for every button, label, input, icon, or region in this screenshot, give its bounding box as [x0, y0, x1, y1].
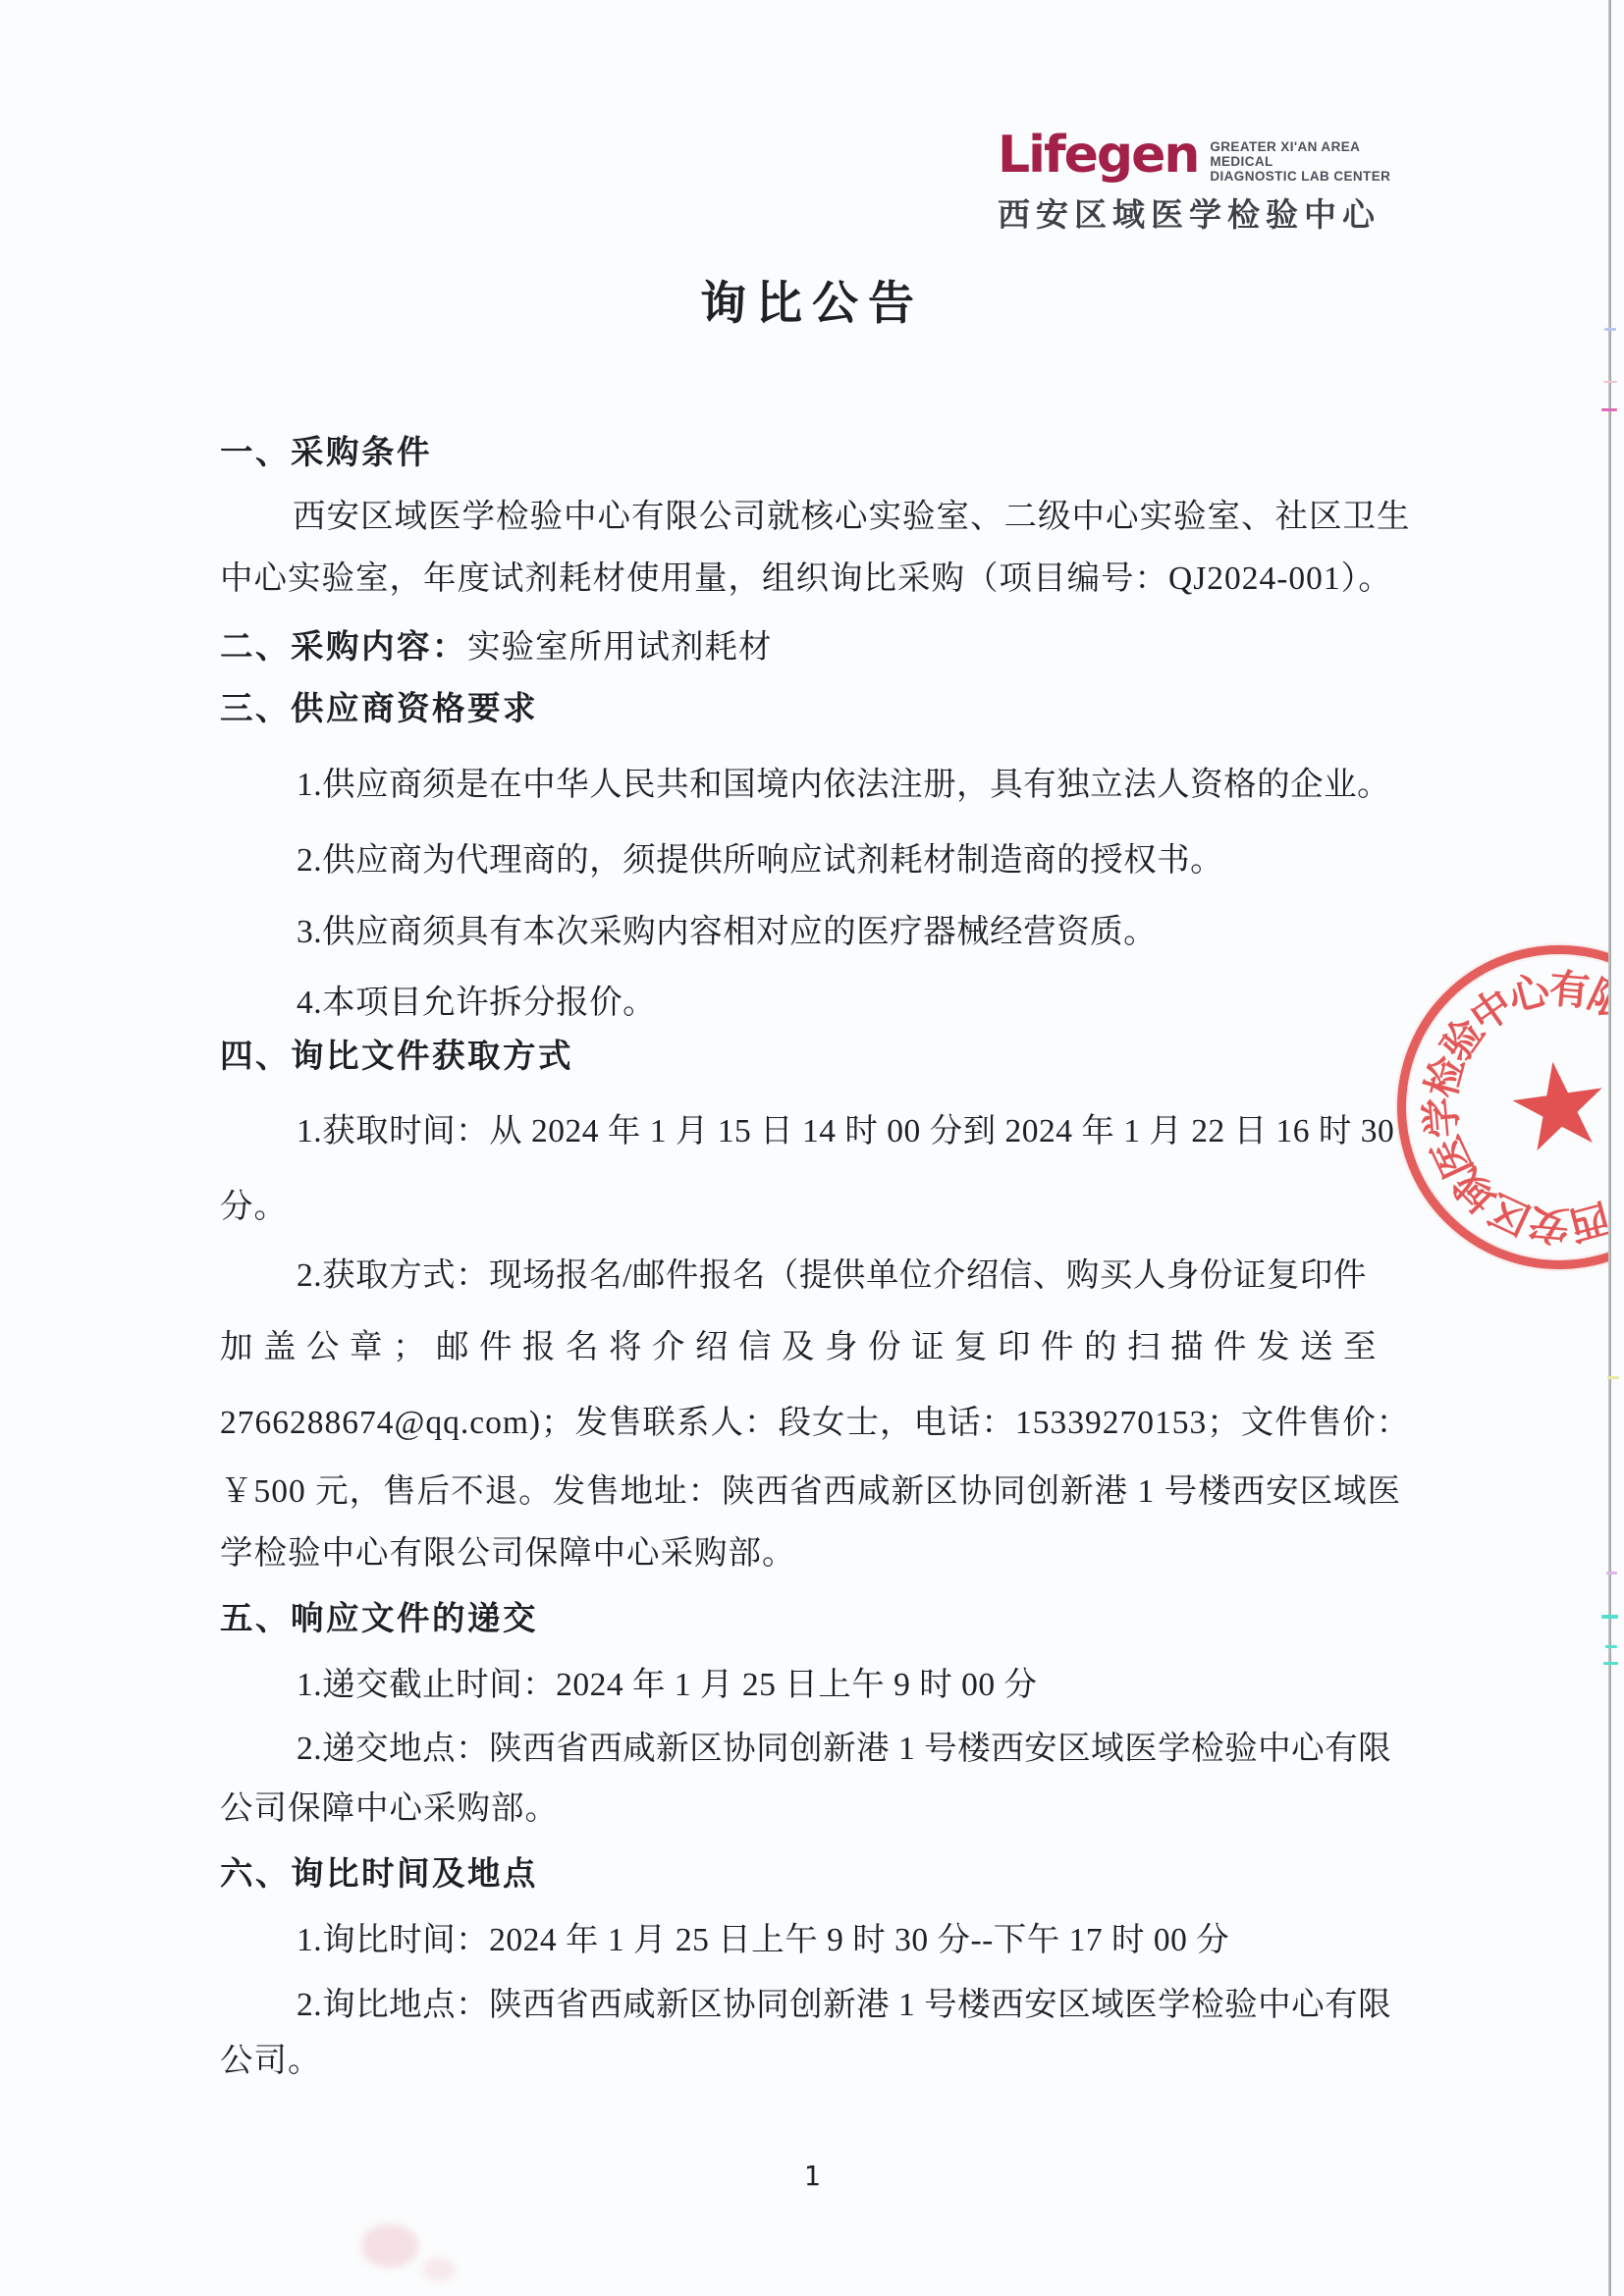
paragraph-line: 2766288674@qq.com)；发售联系人：段女士，电话：15339270… — [220, 1402, 1383, 1445]
scan-artifact — [361, 2224, 418, 2268]
paragraph-line: 西安区域医学检验中心有限公司就核心实验室、二级中心实验室、社区卫生 — [220, 496, 1456, 539]
paragraph-line: 分。 — [220, 1186, 1383, 1229]
scan-artifact — [1606, 1572, 1617, 1575]
paragraph-line: 加盖公章；邮件报名将介绍信及身份证复印件的扫描件发送至 — [220, 1326, 1383, 1369]
list-item: 1.供应商须是在中华人民共和国境内依法注册，具有独立法人资格的企业。 — [220, 764, 1460, 807]
scan-artifact — [1603, 1662, 1618, 1665]
logo-tagline-line2: DIAGNOSTIC LAB CENTER — [1210, 169, 1390, 184]
section-heading-6: 六、询比时间及地点 — [220, 1853, 1383, 1896]
paragraph-line: 公司保障中心采购部。 — [220, 1788, 1383, 1831]
section-heading-4: 四、询比文件获取方式 — [220, 1036, 1383, 1079]
section-heading-5: 五、响应文件的递交 — [220, 1598, 1383, 1641]
list-item: 1.获取时间：从 2024 年 1 月 15 日 14 时 00 分到 2024… — [220, 1110, 1460, 1153]
section-heading-1: 一、采购条件 — [220, 432, 1383, 475]
scan-artifact — [1604, 328, 1616, 331]
scan-artifact — [1601, 408, 1617, 411]
scan-artifact — [1607, 1376, 1619, 1379]
heading-label: 二、采购内容： — [220, 629, 467, 666]
page-number: 1 — [0, 2160, 1624, 2192]
company-seal: ★ 西安区域医学检验中心有限公司 — [1373, 913, 1609, 1306]
list-item: 2.供应商为代理商的，须提供所响应试剂耗材制造商的授权书。 — [220, 839, 1460, 882]
list-item: 2.询比地点：陕西省西咸新区协同创新港 1 号楼西安区域医学检验中心有限 — [220, 1984, 1460, 2027]
heading-value: 实验室所用试剂耗材 — [467, 629, 773, 666]
paragraph-line: 中心实验室，年度试剂耗材使用量，组织询比采购（项目编号：QJ2024-001）。 — [220, 558, 1383, 601]
list-item: 2.获取方式：现场报名/邮件报名（提供单位介绍信、购买人身份证复印件 — [220, 1255, 1460, 1298]
scan-artifact — [1605, 1645, 1617, 1648]
paragraph-line: 学检验中心有限公司保障中心采购部。 — [220, 1532, 1383, 1575]
logo-cn-name: 西安区域医学检验中心 — [998, 189, 1400, 236]
logo-tagline: GREATER XI'AN AREA MEDICAL DIAGNOSTIC LA… — [1210, 139, 1400, 184]
list-item: 4.本项目允许拆分报价。 — [220, 982, 1460, 1025]
list-item: 2.递交地点：陕西省西咸新区协同创新港 1 号楼西安区域医学检验中心有限 — [220, 1728, 1460, 1771]
logo-brand-wordmark: Lifegen — [998, 130, 1198, 181]
list-item: 1.递交截止时间：2024 年 1 月 25 日上午 9 时 00 分 — [220, 1664, 1460, 1707]
scan-page-edge-line — [1608, 0, 1611, 2296]
scan-artifact — [1601, 1615, 1618, 1619]
page-title: 询比公告 — [0, 267, 1624, 333]
company-logo: Lifegen GREATER XI'AN AREA MEDICAL DIAGN… — [998, 130, 1400, 236]
paragraph-line: ￥500 元，售后不退。发售地址：陕西省西咸新区协同创新港 1 号楼西安区域医 — [220, 1470, 1383, 1514]
scanned-document-page: { "page": { "number": "1" }, "logo": { "… — [0, 0, 1624, 2296]
logo-tagline-line1: GREATER XI'AN AREA MEDICAL — [1210, 139, 1359, 169]
scan-artifact — [1603, 381, 1617, 383]
section-heading-3: 三、供应商资格要求 — [220, 688, 1383, 731]
section-heading-2: 二、采购内容：实验室所用试剂耗材 — [220, 626, 1383, 669]
list-item: 3.供应商须具有本次采购内容相对应的医疗器械经营资质。 — [220, 911, 1460, 954]
list-item: 1.询比时间：2024 年 1 月 25 日上午 9 时 30 分--下午 17… — [220, 1919, 1460, 1962]
scan-artifact — [422, 2258, 456, 2281]
paragraph-line: 公司。 — [220, 2040, 1383, 2083]
